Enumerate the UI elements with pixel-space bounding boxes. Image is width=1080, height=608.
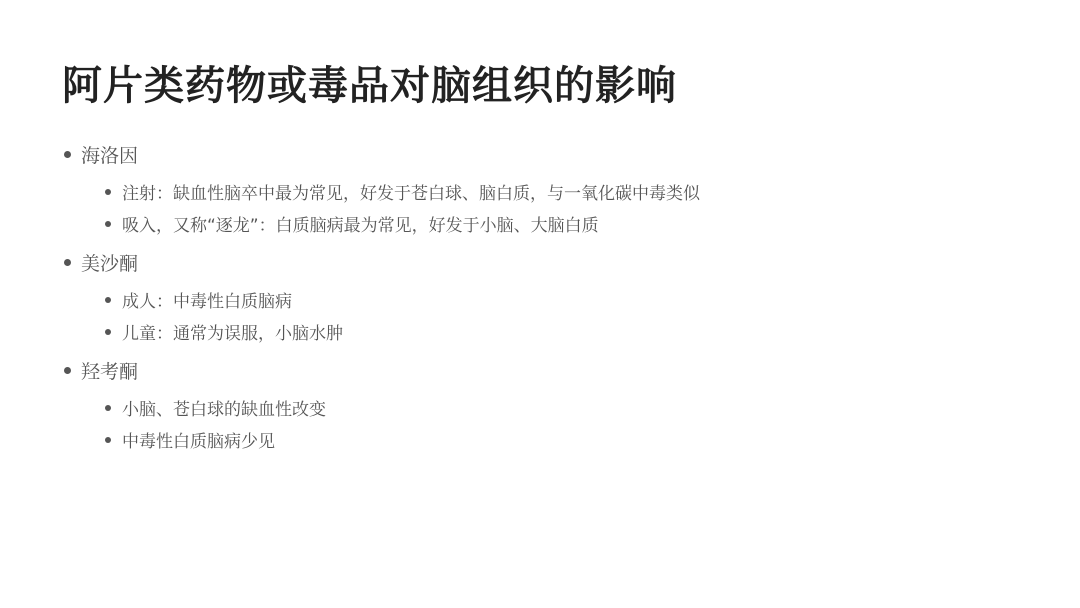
sub-bullet-label: 小脑、苍白球的缺血性改变 (122, 400, 326, 420)
bullet-icon (105, 437, 111, 443)
sub-bullet: 注射：缺血性脑卒中最为常见，好发于苍白球、脑白质，与一氧化碳中毒类似 (105, 183, 700, 205)
bullet-methadone: 美沙酮 (64, 252, 138, 276)
sub-bullet-label: 吸入，又称“逐龙”：白质脑病最为常见，好发于小脑、大脑白质 (122, 216, 599, 236)
sub-bullet-label: 儿童：通常为误服，小脑水肿 (122, 324, 343, 344)
sub-bullet-label: 中毒性白质脑病少见 (122, 432, 275, 452)
bullet-oxycodone: 羟考酮 (64, 360, 138, 384)
sub-bullet: 小脑、苍白球的缺血性改变 (105, 399, 326, 421)
bullet-icon (105, 297, 111, 303)
slide-title: 阿片类药物或毒品对脑组织的影响 (62, 60, 677, 112)
sub-bullet: 成人：中毒性白质脑病 (105, 291, 292, 313)
bullet-label: 美沙酮 (81, 253, 138, 275)
bullet-icon (64, 259, 71, 266)
bullet-label: 羟考酮 (81, 361, 138, 383)
sub-bullet-label: 注射：缺血性脑卒中最为常见，好发于苍白球、脑白质，与一氧化碳中毒类似 (122, 184, 700, 204)
bullet-icon (105, 329, 111, 335)
bullet-icon (64, 367, 71, 374)
bullet-icon (105, 405, 111, 411)
bullet-label: 海洛因 (81, 145, 138, 167)
sub-bullet: 儿童：通常为误服，小脑水肿 (105, 323, 343, 345)
bullet-icon (64, 151, 71, 158)
bullet-icon (105, 221, 111, 227)
bullet-heroin: 海洛因 (64, 144, 138, 168)
sub-bullet: 中毒性白质脑病少见 (105, 431, 275, 453)
sub-bullet: 吸入，又称“逐龙”：白质脑病最为常见，好发于小脑、大脑白质 (105, 215, 599, 237)
sub-bullet-label: 成人：中毒性白质脑病 (122, 292, 292, 312)
bullet-icon (105, 189, 111, 195)
